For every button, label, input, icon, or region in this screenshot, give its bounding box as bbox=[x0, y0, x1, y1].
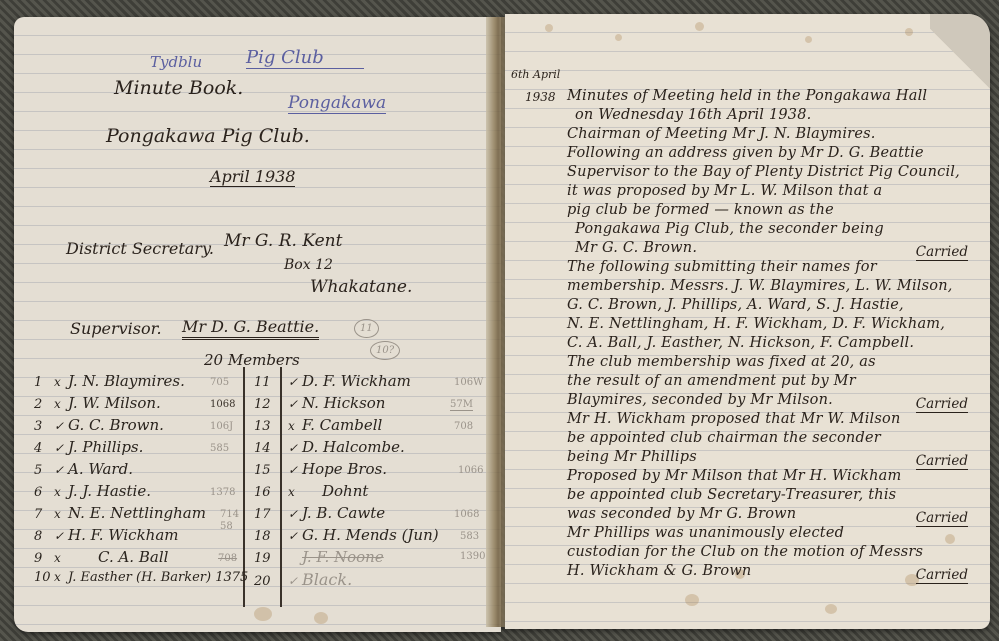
member-row: 7xN. E. Nettlingham bbox=[34, 504, 206, 522]
member-row: 16xDohnt bbox=[254, 482, 368, 500]
member-row: 14✓D. Halcombe. bbox=[254, 438, 405, 456]
stain bbox=[314, 612, 328, 624]
pencil-note: 583 bbox=[460, 531, 479, 542]
minute-line: the result of an amendment put by Mr bbox=[567, 373, 856, 389]
member-row: 9xC. A. Ball bbox=[34, 548, 168, 566]
member-row: 5✓A. Ward. bbox=[34, 460, 133, 478]
minute-line: Mr G. C. Brown. bbox=[575, 240, 697, 256]
margin-date-line-1: 6th April bbox=[511, 68, 560, 81]
member-row: 10xJ. Easther (H. Barker) 1375 bbox=[34, 570, 248, 585]
member-row: 20✓Black. bbox=[254, 570, 352, 589]
pencil-note: 58 bbox=[220, 521, 233, 532]
pencil-note: 585 bbox=[210, 443, 229, 454]
address-line-2: Whakatane. bbox=[310, 277, 412, 297]
minute-line: Pongakawa Pig Club, the seconder being bbox=[575, 221, 884, 237]
stain bbox=[615, 34, 622, 41]
minute-line: be appointed club chairman the seconder bbox=[567, 430, 881, 446]
minute-line: being Mr Phillips bbox=[567, 449, 697, 465]
pencil-note: 714 bbox=[220, 509, 239, 520]
title-blue-location: Pongakawa bbox=[288, 93, 386, 114]
member-row: 1xJ. N. Blaymires. bbox=[34, 372, 185, 390]
members-heading: 20 Members bbox=[204, 351, 300, 369]
minute-line: Mr Phillips was unanimously elected bbox=[567, 525, 844, 541]
minute-line: Chairman of Meeting Mr J. N. Blaymires. bbox=[567, 126, 876, 142]
minute-line: The following submitting their names for bbox=[567, 259, 877, 275]
pencil-note: 57M bbox=[450, 399, 473, 411]
pencil-note: 106J bbox=[210, 421, 233, 432]
minute-book-title: Minute Book. bbox=[114, 77, 243, 99]
stain bbox=[685, 594, 699, 606]
pencil-note: 1378 bbox=[210, 487, 235, 498]
minute-line: Minutes of Meeting held in the Pongakawa… bbox=[567, 88, 927, 104]
minute-line: Following an address given by Mr D. G. B… bbox=[567, 145, 924, 161]
minute-line: Supervisor to the Bay of Plenty District… bbox=[567, 164, 960, 180]
minute-line: Proposed by Mr Milson that Mr H. Wickham bbox=[567, 468, 901, 484]
member-row: 2xJ. W. Milson. bbox=[34, 394, 161, 412]
stain bbox=[545, 24, 553, 32]
stain bbox=[825, 604, 837, 614]
supervisor-name: Mr D. G. Beattie. bbox=[182, 317, 319, 340]
minute-line: be appointed club Secretary-Treasurer, t… bbox=[567, 487, 896, 503]
minute-line: H. Wickham & G. Brown bbox=[567, 563, 751, 579]
minute-line: C. A. Ball, J. Easther, N. Hickson, F. C… bbox=[567, 335, 914, 351]
stain bbox=[905, 28, 913, 36]
minute-line: pig club be formed — known as the bbox=[567, 202, 834, 218]
right-notebook-page: 6th April 1938 Minutes of Meeting held i… bbox=[505, 14, 990, 629]
member-row: 15✓Hope Bros. bbox=[254, 460, 387, 478]
member-row: 18✓G. H. Mends (Jun) bbox=[254, 526, 439, 544]
member-row: 4✓J. Phillips. bbox=[34, 438, 143, 456]
carried-note: Carried bbox=[916, 396, 968, 413]
minute-line: Mr H. Wickham proposed that Mr W. Milson bbox=[567, 411, 901, 427]
stain bbox=[695, 22, 704, 31]
folded-corner bbox=[930, 14, 990, 104]
carried-note: Carried bbox=[916, 567, 968, 584]
district-secretary-label: District Secretary. bbox=[66, 239, 214, 258]
pencil-note: 708 bbox=[454, 421, 473, 432]
member-row: 3✓G. C. Brown. bbox=[34, 416, 164, 434]
member-row: 12✓N. Hickson bbox=[254, 394, 385, 412]
pencil-note: 705 bbox=[210, 377, 229, 388]
pencil-note: 1390 bbox=[460, 551, 485, 562]
stain bbox=[945, 534, 955, 544]
member-row: 8✓H. F. Wickham bbox=[34, 526, 179, 544]
title-date: April 1938 bbox=[210, 167, 295, 187]
circled-pencil-mark: 10? bbox=[370, 341, 400, 360]
pencil-note: 1066 bbox=[458, 465, 483, 476]
pencil-note: 106W bbox=[454, 377, 483, 388]
carried-note: Carried bbox=[916, 510, 968, 527]
minute-line: membership. Messrs. J. W. Blaymires, L. … bbox=[567, 278, 953, 294]
title-blue-club: Pig Club bbox=[246, 47, 364, 69]
carried-note: Carried bbox=[916, 453, 968, 470]
member-row: 13xF. Cambell bbox=[254, 416, 382, 434]
club-name: Pongakawa Pig Club. bbox=[106, 125, 310, 147]
stain bbox=[805, 36, 812, 43]
minute-line: The club membership was fixed at 20, as bbox=[567, 354, 876, 370]
minute-line: N. E. Nettlingham, H. F. Wickham, D. F. … bbox=[567, 316, 945, 332]
minute-line: Blaymires, seconded by Mr Milson. bbox=[567, 392, 833, 408]
minute-line: it was proposed by Mr L. W. Milson that … bbox=[567, 183, 882, 199]
stain bbox=[254, 607, 272, 621]
circled-pencil-mark: 11 bbox=[354, 319, 379, 338]
district-secretary-name: Mr G. R. Kent bbox=[224, 231, 342, 251]
left-notebook-page: Tydblu Pig Club Minute Book. Pongakawa P… bbox=[14, 17, 501, 632]
pencil-note: 708 bbox=[218, 553, 237, 564]
pencil-note: 1068 bbox=[454, 509, 479, 520]
minute-line: was seconded by Mr G. Brown bbox=[567, 506, 796, 522]
carried-note: Carried bbox=[916, 244, 968, 261]
member-row: 17✓J. B. Cawte bbox=[254, 504, 385, 522]
title-pencil-note: Tydblu bbox=[150, 53, 202, 71]
margin-date-line-2: 1938 bbox=[525, 90, 556, 104]
member-row: 19J. F. Noone bbox=[254, 548, 384, 566]
member-row: 6xJ. J. Hastie. bbox=[34, 482, 151, 500]
supervisor-label: Supervisor. bbox=[70, 319, 162, 338]
member-row: 11✓D. F. Wickham bbox=[254, 372, 411, 390]
minute-line: G. C. Brown, J. Phillips, A. Ward, S. J.… bbox=[567, 297, 904, 313]
minute-line: on Wednesday 16th April 1938. bbox=[575, 107, 811, 123]
minute-line: custodian for the Club on the motion of … bbox=[567, 544, 923, 560]
address-line-1: Box 12 bbox=[284, 257, 333, 273]
pencil-note: 1068 bbox=[210, 399, 235, 410]
